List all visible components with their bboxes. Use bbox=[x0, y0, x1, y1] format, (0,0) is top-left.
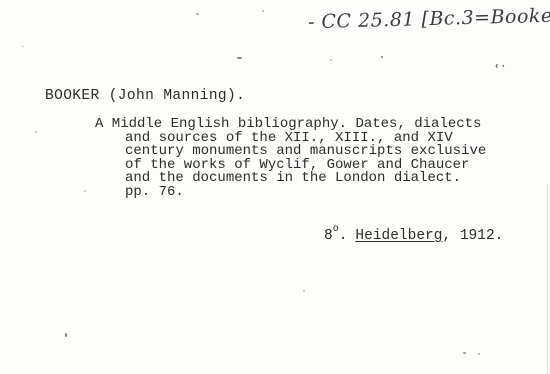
scan-edge-artifact bbox=[547, 185, 548, 374]
place-name-underlined: Heidelberg bbox=[355, 228, 442, 244]
handwritten-shelfmark: - CC 25.81 [Bc.3=Booker] bbox=[308, 5, 550, 33]
scan-speck bbox=[84, 190, 86, 192]
pagination-line: pp. 76. bbox=[125, 186, 486, 200]
pen-mark: ʿ˙ bbox=[493, 61, 508, 81]
scan-speck bbox=[303, 290, 305, 292]
scan-speck bbox=[262, 10, 264, 12]
catalog-card: - CC 25.81 [Bc.3=Booker] ʿ˙ BOOKER (John… bbox=[0, 0, 550, 374]
scan-speck bbox=[478, 353, 480, 355]
imprint-line: 8o.Heidelberg, 1912. bbox=[324, 228, 503, 244]
format-superscript: o bbox=[333, 224, 339, 235]
title-paragraph: A Middle English bibliography. Dates, di… bbox=[95, 118, 486, 200]
scan-speck bbox=[65, 333, 67, 337]
scan-speck bbox=[381, 56, 383, 58]
imprint-year: , 1912. bbox=[442, 228, 503, 244]
author-heading: BOOKER (John Manning). bbox=[45, 88, 245, 104]
scan-speck bbox=[35, 131, 37, 133]
imprint-separator: . bbox=[339, 228, 348, 244]
format-number: 8 bbox=[324, 228, 333, 244]
scan-speck bbox=[22, 46, 24, 47]
scan-speck bbox=[237, 57, 242, 59]
scan-speck bbox=[196, 13, 199, 15]
scan-speck bbox=[463, 352, 466, 354]
scan-speck bbox=[330, 59, 332, 61]
